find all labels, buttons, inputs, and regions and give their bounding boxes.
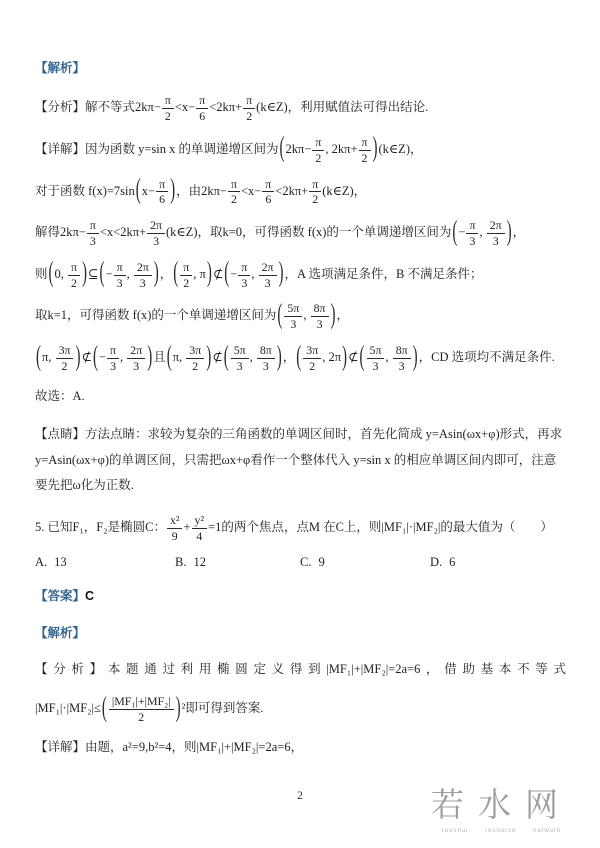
solution4-analysis-header: 【解析】 (35, 58, 566, 79)
option-a-key: A. (35, 555, 47, 569)
question5-fenxi-line2: |MF₁|·|MF₂|≤(|MF₁|+|MF₂|2)²即可得到答案. (35, 695, 566, 724)
solution4-dianjing: 【点睛】方法点睛：求较为复杂的三角函数的单调区间时，首先化简成 y=Asin(ω… (35, 422, 566, 499)
option-a: A.13 (35, 555, 175, 570)
solution4-ze-line: 则(0, π2)⊆(−π3, 2π3)，(π2, π)⊄(−π3, 2π3)，A… (35, 261, 566, 290)
option-d: D.6 (430, 555, 455, 570)
daan-label: 【答案】 (35, 589, 85, 603)
option-c-value: 9 (318, 555, 324, 569)
jiexi-label: 【解析】 (35, 61, 85, 75)
option-b: B.12 (175, 555, 300, 570)
option-b-value: 12 (193, 555, 206, 569)
document-page: 【解析】 【分析】解不等式2kπ−π2<x−π6<2kπ+π2(k∈Z)，利用赋… (0, 0, 600, 848)
question5-fenxi-line1: 【分析】本题通过利用椭圆定义得到|MF₁|+|MF₂|=2a=6，借助基本不等式 (35, 659, 566, 680)
solution4-xiangjie-line: 【详解】因为函数 y=sin x 的单调递增区间为(2kπ−π2, 2kπ+π2… (35, 136, 566, 165)
option-b-key: B. (175, 555, 186, 569)
watermark: 若水网 ruoshui resource network (431, 779, 572, 834)
jiexi-label-2: 【解析】 (35, 626, 85, 640)
answer-value: C (85, 589, 94, 603)
watermark-logo: 若水网 (431, 779, 572, 826)
question5-xiangjie-line: 【详解】由题，a²=9,b²=4，则|MF₁|+|MF₂|=2a=6， (35, 737, 566, 758)
solution4-conclusion: 故选：A. (35, 386, 566, 407)
option-d-key: D. (430, 555, 442, 569)
question5-answer-line: 【答案】C (35, 586, 566, 607)
option-c-key: C. (300, 555, 311, 569)
solution4-fenxi-line: 【分析】解不等式2kπ−π2<x−π6<2kπ+π2(k∈Z)，利用赋值法可得出… (35, 94, 566, 123)
solution4-cd-line: (π, 3π2)⊄(−π3, 2π3)且(π, 3π2)⊄(5π3, 8π3)，… (35, 344, 566, 373)
question5-stem: 5. 已知F₁，F₂是椭圆C：x²9+y²4=1的两个焦点，点M 在C上，则|M… (35, 514, 566, 543)
option-a-value: 13 (54, 555, 67, 569)
option-c: C.9 (300, 555, 430, 570)
solution4-duiyu-line: 对于函数 f(x)=7sin(x−π6)，由2kπ−π2<x−π6<2kπ+π2… (35, 178, 566, 207)
option-d-value: 6 (449, 555, 455, 569)
solution4-qu-k1-line: 取k=1，可得函数 f(x)的一个单调递增区间为(5π3, 8π3)， (35, 302, 566, 331)
question5-analysis-header: 【解析】 (35, 623, 566, 644)
question5-options-row: A.13 B.12 C.9 D.6 (35, 555, 566, 570)
solution4-jiede-line: 解得2kπ−π3<x<2kπ+2π3(k∈Z)，取k=0，可得函数 f(x)的一… (35, 219, 566, 248)
watermark-tagline: ruoshui resource network (431, 828, 572, 834)
